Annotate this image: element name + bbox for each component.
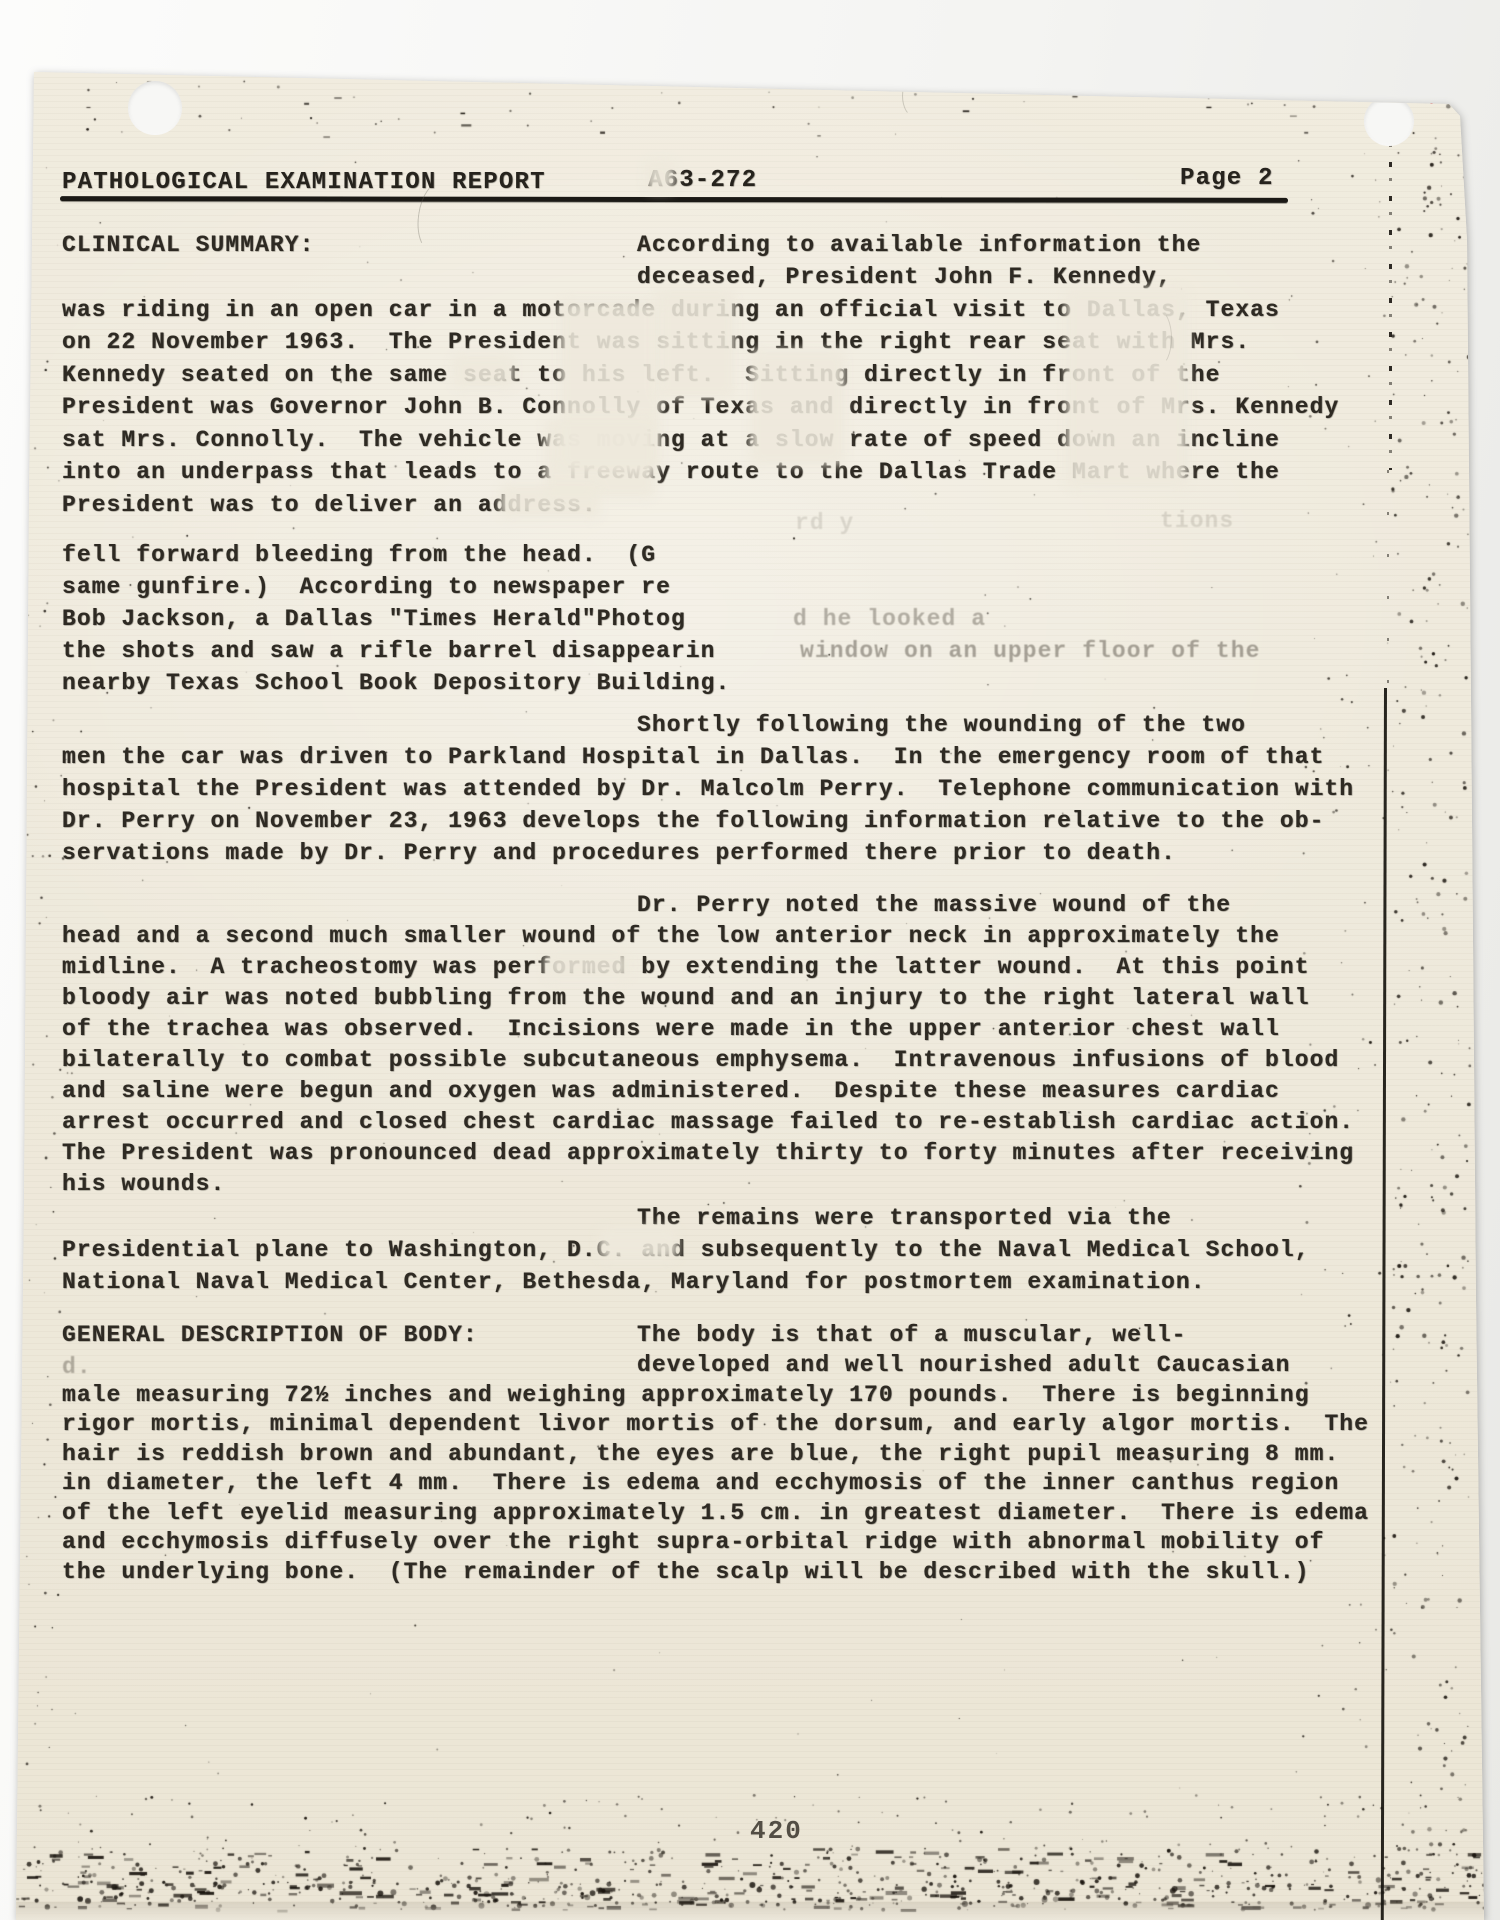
text-line: of the left eyelid measuring approximate… (62, 1498, 1369, 1528)
ghost-text-fragment: d he looked a (793, 604, 986, 634)
fade-patch (750, 350, 845, 465)
ghost-text-fragment: window on an upper floor of the (800, 636, 1260, 666)
text-line: hair is reddish brown and abundant, the … (62, 1439, 1339, 1469)
text-line: the underlying bone. (The remainder of t… (62, 1557, 1310, 1587)
header-underline (60, 196, 1288, 203)
paper-bottom-edge (0, 1902, 1500, 1920)
ghost-text-fragment: tions (1160, 506, 1234, 536)
text-line: midline. A tracheostomy was performed by… (62, 952, 1310, 982)
fade-patch (500, 484, 600, 518)
text-line: and saline were begun and oxygen was adm… (62, 1076, 1280, 1106)
text-line: The body is that of a muscular, well- (637, 1320, 1187, 1350)
fade-patch (1066, 288, 1188, 488)
text-line: hospital the President was attended by D… (62, 774, 1354, 804)
text-line: The President was pronounced dead approx… (62, 1138, 1354, 1168)
text-line: According to available information the (637, 230, 1201, 260)
fade-patch (655, 288, 735, 398)
ghost-text-fragment: rd y (795, 508, 854, 538)
fold-line (1381, 688, 1387, 1920)
page-content: PATHOLOGICAL EXAMINATION REPORT A63-272 … (0, 0, 1500, 1920)
text-line: servations made by Dr. Perry and procedu… (62, 838, 1176, 868)
scanned-page-wrapper: PATHOLOGICAL EXAMINATION REPORT A63-272 … (0, 0, 1500, 1920)
pen-arc-mark (902, 74, 930, 118)
page-number-label: Page 2 (1180, 164, 1274, 194)
text-line: developed and well nourished adult Cauca… (637, 1350, 1291, 1380)
text-line: Dr. Perry noted the massive wound of the (637, 890, 1231, 920)
fade-patch (598, 1228, 678, 1260)
text-line: bilaterally to combat possible subcutane… (62, 1045, 1339, 1075)
text-line: arrest occurred and closed chest cardiac… (62, 1107, 1354, 1137)
text-line: and ecchymosis diffusely over the right … (62, 1527, 1324, 1557)
text-line: National Naval Medical Center, Bethesda,… (62, 1267, 1206, 1297)
text-line: Shortly following the wounding of the tw… (637, 710, 1246, 740)
fold-line (1387, 470, 1389, 688)
text-line: men the car was driven to Parkland Hospi… (62, 742, 1324, 772)
fade-patch (545, 950, 630, 980)
text-line: The remains were transported via the (637, 1203, 1172, 1233)
text-line: CLINICAL SUMMARY: (62, 230, 315, 260)
text-line: in diameter, the left 4 mm. There is ede… (62, 1468, 1339, 1498)
bottom-page-number: 420 (750, 1816, 803, 1846)
text-line: Dr. Perry on November 23, 1963 develops … (62, 806, 1324, 836)
text-line: fell forward bleeding from the head. (G (62, 540, 656, 570)
pen-arc-mark (1146, 310, 1172, 366)
text-line: the shots and saw a rifle barrel disappe… (62, 636, 716, 666)
fade-patch (452, 354, 514, 388)
text-line: his wounds. (62, 1169, 225, 1199)
text-line: same gunfire.) According to newspaper re (62, 572, 671, 602)
text-line: Bob Jackson, a Dallas "Times Herald"Phot… (62, 604, 686, 634)
paper-sheet: PATHOLOGICAL EXAMINATION REPORT A63-272 … (0, 0, 1500, 1920)
punch-hole (128, 81, 182, 135)
text-line: of the trachea was observed. Incisions w… (62, 1014, 1280, 1044)
text-line: Presidential plane to Washington, D.C. a… (62, 1235, 1310, 1265)
red-checkmark-annotation (1402, 38, 1466, 116)
fade-patch (645, 160, 675, 192)
ghost-text-fragment: d. (62, 1352, 92, 1382)
text-line: nearby Texas School Book Depository Buil… (62, 668, 730, 698)
text-line: GENERAL DESCRIPTION OF BODY: (62, 1320, 478, 1350)
report-title: PATHOLOGICAL EXAMINATION REPORT (62, 168, 546, 198)
text-line: rigor mortis, minimal dependent livor mo… (62, 1409, 1369, 1439)
text-line: head and a second much smaller wound of … (62, 921, 1280, 951)
text-line: bloody air was noted bubbling from the w… (62, 983, 1310, 1013)
text-line: male measuring 72½ inches and weighing a… (62, 1380, 1310, 1410)
